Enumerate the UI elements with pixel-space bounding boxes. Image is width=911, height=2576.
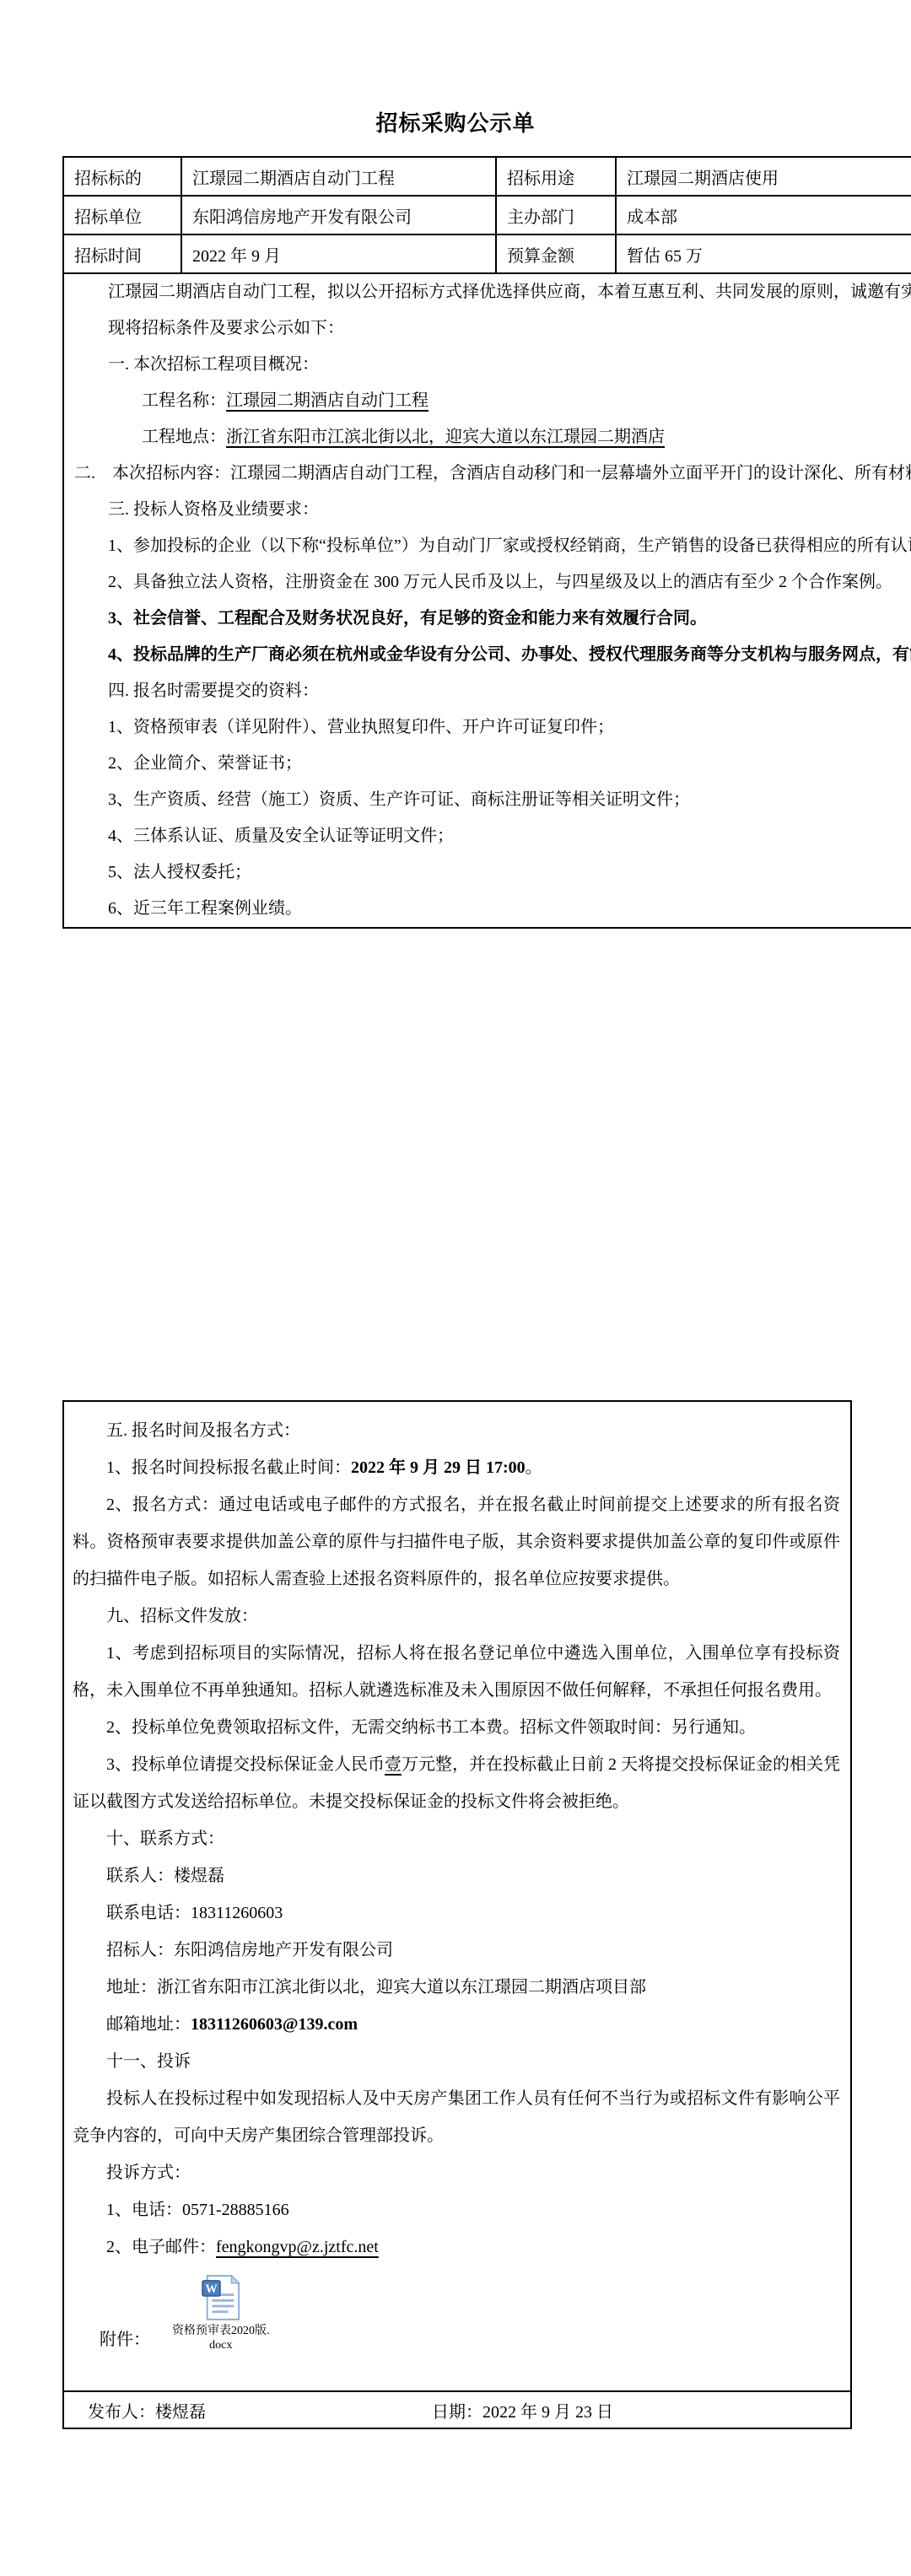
paragraph: 五. 报名时间及报名方式：: [73, 1412, 840, 1449]
info-label-cell: 招标时间: [63, 234, 181, 273]
paragraph: 4、三体系认证、质量及安全认证等证明文件；: [74, 818, 911, 854]
paragraph: 九、招标文件发放：: [73, 1598, 840, 1635]
attachment-filename-ext: docx: [209, 2338, 232, 2352]
announcement-body-section-2: 五. 报名时间及报名方式：1、报名时间投标报名截止时间：2022 年 9 月 2…: [62, 1400, 852, 2392]
info-value-cell: 成本部: [616, 196, 911, 234]
paragraph: 投标人在投标过程中如发现招标人及中天房产集团工作人员有任何不当行为或招标文件有影…: [73, 2080, 840, 2154]
info-label-cell: 主办部门: [496, 196, 616, 234]
paragraph: 四. 报名时需要提交的资料：: [74, 673, 911, 709]
table-row: 招标单位 东阳鸿信房地产开发有限公司 主办部门 成本部: [63, 196, 911, 234]
announcement-body-section-1: 江璟园二期酒店自动门工程，拟以公开招标方式择优选择供应商，本着互惠互利、共同发展…: [63, 273, 911, 928]
paragraph: 2、投标单位免费领取招标文件，无需交纳标书工本费。招标文件领取时间：另行通知。: [73, 1709, 840, 1746]
paragraph: 2、企业简介、荣誉证书；: [74, 746, 911, 782]
paragraph: 联系人：楼煜磊: [73, 1857, 840, 1894]
publish-date-text: 日期：2022 年 9 月 23 日: [432, 2398, 613, 2422]
paragraph: 工程名称：江璟园二期酒店自动门工程: [74, 383, 911, 419]
page-title: 招标采购公示单: [0, 106, 911, 137]
attachment-filename: 资格预审表2020版.: [172, 2324, 270, 2338]
paragraph: 十、联系方式：: [73, 1820, 840, 1857]
paragraph: 现将招标条件及要求公示如下：: [74, 310, 911, 347]
info-value-cell: 江璟园二期酒店使用: [616, 157, 911, 196]
table-row: 招标时间 2022 年 9 月 预算金额 暂估 65 万: [63, 234, 911, 273]
publisher-text: 发布人：楼煜磊: [88, 2398, 206, 2422]
paragraph: 投诉方式：: [73, 2154, 840, 2191]
paragraph: 1、考虑到招标项目的实际情况，招标人将在报名登记单位中遴选入围单位，入围单位享有…: [73, 1635, 840, 1709]
info-label-cell: 招标标的: [63, 157, 181, 196]
info-value-cell: 东阳鸿信房地产开发有限公司: [181, 196, 496, 234]
paragraph: 1、电话：0571-28885166: [73, 2191, 840, 2228]
table-row: 江璟园二期酒店自动门工程，拟以公开招标方式择优选择供应商，本着互惠互利、共同发展…: [63, 273, 911, 928]
tender-info-table: 招标标的 江璟园二期酒店自动门工程 招标用途 江璟园二期酒店使用 招标单位 东阳…: [62, 156, 911, 929]
paragraph: 一. 本次招标工程项目概况：: [74, 347, 911, 383]
info-value-cell: 江璟园二期酒店自动门工程: [181, 157, 496, 196]
paragraph: 三. 投标人资格及业绩要求：: [74, 492, 911, 528]
info-value-cell: 2022 年 9 月: [181, 234, 496, 273]
paragraph: 工程地点：浙江省东阳市江滨北街以北，迎宾大道以东江璟园二期酒店: [74, 419, 911, 455]
paragraph: 3、投标单位请提交投标保证金人民币壹万元整，并在投标截止日前 2 天将提交投标保…: [73, 1746, 840, 1820]
paragraph: 3、社会信誉、工程配合及财务状况良好，有足够的资金和能力来有效履行合同。: [74, 601, 911, 637]
paragraph: 6、近三年工程案例业绩。: [74, 891, 911, 927]
paragraph: 3、生产资质、经营（施工）资质、生产许可证、商标注册证等相关证明文件；: [74, 782, 911, 818]
attachment-label: 附件：: [100, 2327, 150, 2352]
info-label-cell: 招标用途: [496, 157, 616, 196]
paragraph: 2、电子邮件：fengkongvp@z.jztfc.net: [73, 2228, 840, 2266]
paragraph: 十一、投诉: [73, 2043, 840, 2080]
paragraph: 1、参加投标的企业（以下称“投标单位”）为自动门厂家或授权经销商，生产销售的设备…: [74, 528, 911, 564]
info-value-cell: 暂估 65 万: [616, 234, 911, 273]
paragraph: 5、法人授权委托；: [74, 854, 911, 891]
paragraph: 1、资格预审表（详见附件）、营业执照复印件、开户许可证复印件；: [74, 709, 911, 746]
paragraph: 2、报名方式：通过电话或电子邮件的方式报名，并在报名截止时间前提交上述要求的所有…: [73, 1486, 840, 1598]
info-label-cell: 招标单位: [63, 196, 181, 234]
attachment-section: 附件： W 资格预审表2020版. docx: [73, 2274, 840, 2352]
paragraph: 地址：浙江省东阳市江滨北街以北，迎宾大道以东江璟园二期酒店项目部: [73, 1969, 840, 2006]
paragraph: 二. 本次招标内容：江璟园二期酒店自动门工程，含酒店自动移门和一层幕墙外立面平开…: [74, 455, 911, 492]
table-row: 招标标的 江璟园二期酒店自动门工程 招标用途 江璟园二期酒店使用: [63, 157, 911, 196]
paragraph: 2、具备独立法人资格，注册资金在 300 万元人民币及以上，与四星级及以上的酒店…: [74, 564, 911, 601]
attachment-file[interactable]: W 资格预审表2020版. docx: [172, 2274, 270, 2352]
svg-text:W: W: [205, 2282, 218, 2296]
paragraph: 联系电话：18311260603: [73, 1894, 840, 1932]
paragraph: 招标人：东阳鸿信房地产开发有限公司: [73, 1932, 840, 1969]
paragraph: 4、投标品牌的生产厂商必须在杭州或金华设有分公司、办事处、授权代理服务商等分支机…: [74, 637, 911, 673]
paragraph: 1、报名时间投标报名截止时间：2022 年 9 月 29 日 17:00。: [73, 1449, 840, 1486]
paragraph: 邮箱地址：18311260603@139.com: [73, 2006, 840, 2043]
document-page: 招标采购公示单 招标标的 江璟园二期酒店自动门工程 招标用途 江璟园二期酒店使用…: [0, 0, 911, 2576]
paragraph: 江璟园二期酒店自动门工程，拟以公开招标方式择优选择供应商，本着互惠互利、共同发展…: [74, 274, 911, 310]
body2-paragraphs: 五. 报名时间及报名方式：1、报名时间投标报名截止时间：2022 年 9 月 2…: [73, 1412, 840, 2266]
word-doc-icon: W: [202, 2274, 240, 2321]
footer-row: 发布人：楼煜磊 日期：2022 年 9 月 23 日: [62, 2390, 852, 2429]
info-label-cell: 预算金额: [496, 234, 616, 273]
